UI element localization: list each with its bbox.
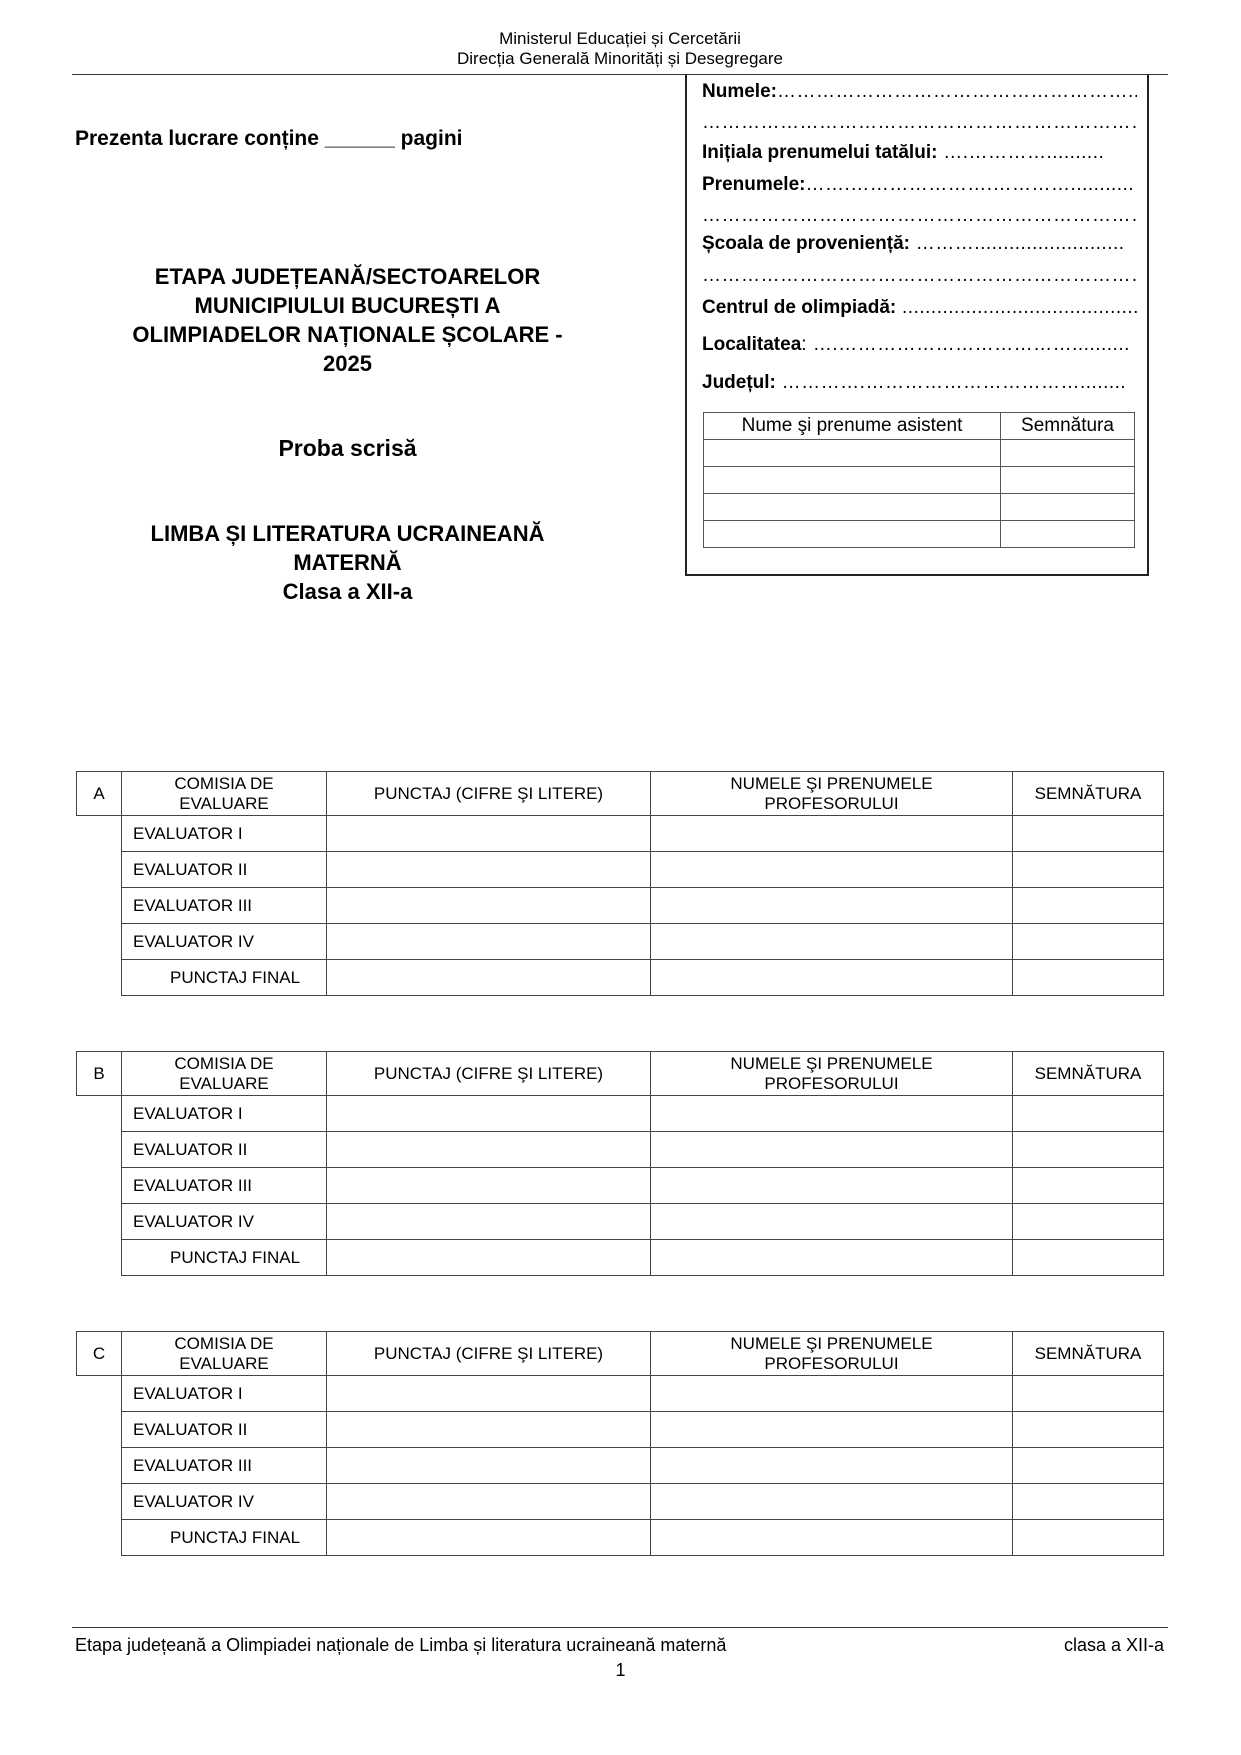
evaluator-label: EVALUATOR II [122, 1412, 327, 1448]
empty-margin-cell [77, 924, 122, 960]
grading-table-a: ACOMISIA DE EVALUAREPUNCTAJ (CIFRE ŞI LI… [76, 771, 1164, 996]
signature-cell[interactable] [1013, 1204, 1164, 1240]
teacher-name-cell[interactable] [651, 1240, 1013, 1276]
assistant-signature-cell[interactable] [1001, 521, 1135, 548]
signature-cell[interactable] [1013, 960, 1164, 996]
id-field-label: Școala de proveniență: [702, 233, 910, 254]
id-field[interactable]: Numele:……………………………………………….. [702, 81, 1137, 103]
teacher-name-header: NUMELE ŞI PRENUMELE PROFESORULUI [651, 772, 1013, 816]
footer-title: Etapa județeană a Olimpiadei naționale d… [75, 1635, 726, 1656]
score-cell[interactable] [327, 1448, 651, 1484]
title-line: OLIMPIADELOR NAȚIONALE ȘCOLARE - [70, 320, 625, 349]
teacher-name-cell[interactable] [651, 1204, 1013, 1240]
evaluator-label: EVALUATOR III [122, 888, 327, 924]
id-field-label: Inițiala prenumelui tatălui: [702, 142, 937, 163]
grading-table-b: BCOMISIA DE EVALUAREPUNCTAJ (CIFRE ŞI LI… [76, 1051, 1164, 1276]
signature-cell[interactable] [1013, 816, 1164, 852]
assistant-signature-cell[interactable] [1001, 440, 1135, 467]
id-field[interactable]: Localitatea: ….……………………………….......... [702, 334, 1137, 356]
teacher-name-cell[interactable] [651, 924, 1013, 960]
evaluator-label: EVALUATOR IV [122, 1484, 327, 1520]
id-field[interactable]: Școala de proveniență: ………..............… [702, 233, 1137, 255]
score-cell[interactable] [327, 1168, 651, 1204]
directorate-name: Direcția Generală Minorități și Desegreg… [380, 49, 860, 69]
id-field[interactable]: ………………………………………………………………… [702, 205, 1137, 227]
evaluator-row: EVALUATOR IV [77, 1484, 1164, 1520]
commission-header: COMISIA DE EVALUARE [122, 772, 327, 816]
signature-header: SEMNĂTURA [1013, 1332, 1164, 1376]
evaluator-label: EVALUATOR IV [122, 1204, 327, 1240]
id-field[interactable]: Prenumele:…….………………….…………........... [702, 174, 1137, 196]
id-field[interactable]: ……………………………………………………………………… [702, 265, 1137, 287]
empty-margin-cell [77, 1484, 122, 1520]
score-cell[interactable] [327, 960, 651, 996]
signature-cell[interactable] [1013, 924, 1164, 960]
id-field[interactable]: Centrul de olimpiadă: ..................… [702, 297, 1137, 319]
evaluator-row: EVALUATOR II [77, 852, 1164, 888]
evaluator-row: EVALUATOR II [77, 1412, 1164, 1448]
teacher-name-cell[interactable] [651, 1168, 1013, 1204]
final-score-label: PUNCTAJ FINAL [122, 1520, 327, 1556]
empty-margin-cell [77, 888, 122, 924]
id-field-label: Prenumele: [702, 174, 805, 195]
competition-title: ETAPA JUDEȚEANĂ/SECTOARELOR MUNICIPIULUI… [70, 262, 625, 378]
empty-margin-cell [77, 1204, 122, 1240]
evaluator-label: EVALUATOR I [122, 816, 327, 852]
id-field-dotted-line[interactable]: ……………………………………………………………………… [702, 112, 1137, 133]
score-cell[interactable] [327, 1412, 651, 1448]
evaluator-row: EVALUATOR III [77, 888, 1164, 924]
assistant-signature-cell[interactable] [1001, 494, 1135, 521]
score-cell[interactable] [327, 852, 651, 888]
teacher-name-cell[interactable] [651, 1448, 1013, 1484]
teacher-name-cell[interactable] [651, 816, 1013, 852]
evaluator-label: EVALUATOR III [122, 1448, 327, 1484]
id-field-dotted-line[interactable]: ………………………………………………………………… [702, 205, 1137, 226]
empty-margin-cell [77, 852, 122, 888]
id-field-dotted-line[interactable]: ……………………………………………………………………… [702, 265, 1137, 286]
empty-margin-cell [77, 816, 122, 852]
signature-cell[interactable] [1013, 888, 1164, 924]
teacher-name-cell[interactable] [651, 888, 1013, 924]
evaluator-label: EVALUATOR I [122, 1096, 327, 1132]
evaluator-row: EVALUATOR IV [77, 924, 1164, 960]
score-cell[interactable] [327, 1132, 651, 1168]
score-cell[interactable] [327, 1096, 651, 1132]
signature-header: SEMNĂTURA [1013, 1052, 1164, 1096]
id-field-dotted-line[interactable]: …….………………….…………........... [805, 174, 1134, 195]
final-score-label: PUNCTAJ FINAL [122, 960, 327, 996]
evaluator-label: EVALUATOR I [122, 1376, 327, 1412]
teacher-name-cell[interactable] [651, 1520, 1013, 1556]
id-field-label: Județul: [702, 372, 776, 393]
grading-table-c: CCOMISIA DE EVALUAREPUNCTAJ (CIFRE ŞI LI… [76, 1331, 1164, 1556]
subject-line: LIMBA ȘI LITERATURA UCRAINEANĂ [70, 519, 625, 548]
signature-cell[interactable] [1013, 852, 1164, 888]
score-cell[interactable] [327, 1520, 651, 1556]
evaluator-label: EVALUATOR II [122, 1132, 327, 1168]
assistant-name-cell[interactable] [704, 494, 1001, 521]
evaluator-label: EVALUATOR II [122, 852, 327, 888]
grade-level: Clasa a XII-a [70, 577, 625, 606]
title-line: 2025 [70, 349, 625, 378]
id-field[interactable]: Inițiala prenumelui tatălui: ….………….....… [702, 142, 1137, 164]
signature-cell[interactable] [1013, 1168, 1164, 1204]
commission-header: COMISIA DE EVALUARE [122, 1332, 327, 1376]
subject-line: MATERNĂ [70, 548, 625, 577]
teacher-name-header: NUMELE ŞI PRENUMELE PROFESORULUI [651, 1052, 1013, 1096]
final-score-label: PUNCTAJ FINAL [122, 1240, 327, 1276]
evaluator-row: EVALUATOR I [77, 1096, 1164, 1132]
evaluator-row: EVALUATOR III [77, 1448, 1164, 1484]
id-field-label: Centrul de olimpiadă: [702, 297, 896, 318]
teacher-name-cell[interactable] [651, 852, 1013, 888]
id-field-label: Numele: [702, 81, 777, 102]
id-field-dotted-line[interactable]: ….………….......... [937, 142, 1104, 163]
evaluator-label: EVALUATOR IV [122, 924, 327, 960]
score-header: PUNCTAJ (CIFRE ŞI LITERE) [327, 1052, 651, 1096]
id-field[interactable]: ……………………………………………………………………… [702, 112, 1137, 134]
commission-header: COMISIA DE EVALUARE [122, 1052, 327, 1096]
score-header: PUNCTAJ (CIFRE ŞI LITERE) [327, 1332, 651, 1376]
empty-margin-cell [77, 1520, 122, 1556]
score-cell[interactable] [327, 924, 651, 960]
empty-margin-cell [77, 1168, 122, 1204]
document-header: Ministerul Educației și Cercetării Direc… [380, 29, 860, 69]
teacher-name-cell[interactable] [651, 1096, 1013, 1132]
assistant-name-cell[interactable] [704, 521, 1001, 548]
score-cell[interactable] [327, 1376, 651, 1412]
signature-cell[interactable] [1013, 1132, 1164, 1168]
evaluator-row: PUNCTAJ FINAL [77, 1520, 1164, 1556]
ministry-name: Ministerul Educației și Cercetării [380, 29, 860, 49]
subject-title: LIMBA ȘI LITERATURA UCRAINEANĂ MATERNĂ C… [70, 519, 625, 606]
footer-class: clasa a XII-a [1064, 1635, 1164, 1656]
section-letter: A [77, 772, 122, 816]
empty-margin-cell [77, 960, 122, 996]
id-field-dotted-line[interactable]: ……….......................... [910, 233, 1125, 254]
evaluator-row: EVALUATOR IV [77, 1204, 1164, 1240]
assistant-signature-cell[interactable] [1001, 467, 1135, 494]
evaluator-row: EVALUATOR II [77, 1132, 1164, 1168]
score-cell[interactable] [327, 1204, 651, 1240]
empty-margin-cell [77, 1412, 122, 1448]
id-field-dotted-line[interactable]: ………….……………………………........ [776, 372, 1126, 393]
assistant-signature-header: Semnătura [1001, 413, 1135, 440]
empty-margin-cell [77, 1096, 122, 1132]
teacher-name-cell[interactable] [651, 1412, 1013, 1448]
empty-margin-cell [77, 1132, 122, 1168]
assistant-name-cell[interactable] [704, 467, 1001, 494]
evaluator-row: PUNCTAJ FINAL [77, 1240, 1164, 1276]
exam-type: Proba scrisă [70, 434, 625, 463]
section-letter: B [77, 1052, 122, 1096]
assistant-table: Nume şi prenume asistent Semnătura [703, 412, 1135, 548]
evaluator-row: EVALUATOR I [77, 1376, 1164, 1412]
id-field[interactable]: Județul: ………….……………………………........ [702, 372, 1137, 394]
assistant-name-header: Nume şi prenume asistent [704, 413, 1001, 440]
signature-cell[interactable] [1013, 1520, 1164, 1556]
title-line: MUNICIPIULUI BUCUREȘTI A [70, 291, 625, 320]
signature-cell[interactable] [1013, 1376, 1164, 1412]
empty-margin-cell [77, 1376, 122, 1412]
empty-margin-cell [77, 1240, 122, 1276]
id-field-dotted-line[interactable]: ……………………………………………….. [777, 81, 1137, 102]
score-cell[interactable] [327, 1484, 651, 1520]
signature-cell[interactable] [1013, 1096, 1164, 1132]
evaluator-row: PUNCTAJ FINAL [77, 960, 1164, 996]
score-cell[interactable] [327, 888, 651, 924]
evaluator-label: EVALUATOR III [122, 1168, 327, 1204]
title-line: ETAPA JUDEȚEANĂ/SECTOARELOR [70, 262, 625, 291]
signature-cell[interactable] [1013, 1240, 1164, 1276]
teacher-name-cell[interactable] [651, 960, 1013, 996]
signature-header: SEMNĂTURA [1013, 772, 1164, 816]
score-header: PUNCTAJ (CIFRE ŞI LITERE) [327, 772, 651, 816]
teacher-name-cell[interactable] [651, 1132, 1013, 1168]
id-field-dotted-line[interactable]: : ….……………………………….......... [801, 334, 1130, 355]
candidate-identification-box: Numele:………………………………………………..…………………………………… [685, 75, 1149, 576]
score-cell[interactable] [327, 816, 651, 852]
section-letter: C [77, 1332, 122, 1376]
teacher-name-cell[interactable] [651, 1484, 1013, 1520]
teacher-name-header: NUMELE ŞI PRENUMELE PROFESORULUI [651, 1332, 1013, 1376]
signature-cell[interactable] [1013, 1412, 1164, 1448]
signature-cell[interactable] [1013, 1484, 1164, 1520]
assistant-name-cell[interactable] [704, 440, 1001, 467]
footer-rule [72, 1627, 1168, 1628]
evaluator-row: EVALUATOR III [77, 1168, 1164, 1204]
page-count-statement: Prezenta lucrare conține ______ pagini [75, 127, 463, 151]
evaluator-row: EVALUATOR I [77, 816, 1164, 852]
id-field-dotted-line[interactable]: ........................................… [896, 297, 1137, 318]
empty-margin-cell [77, 1448, 122, 1484]
page-number: 1 [0, 1660, 1241, 1681]
score-cell[interactable] [327, 1240, 651, 1276]
signature-cell[interactable] [1013, 1448, 1164, 1484]
teacher-name-cell[interactable] [651, 1376, 1013, 1412]
id-field-label: Localitatea [702, 334, 801, 355]
